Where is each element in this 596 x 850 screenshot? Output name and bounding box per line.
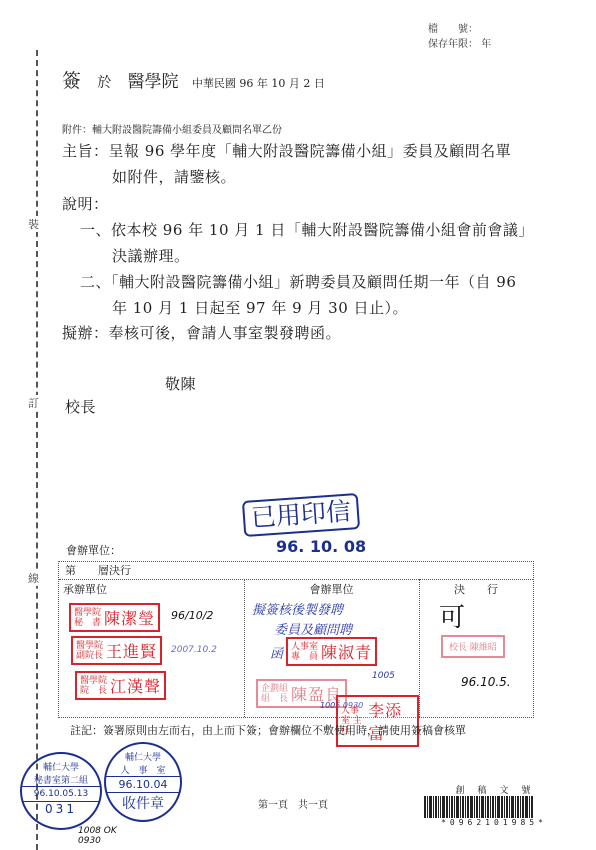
decision-date: 96.10.5. [461, 675, 511, 689]
binding-line [36, 50, 38, 850]
binding-char-xian: 線 [28, 570, 39, 586]
barcode-number: *0962101985* [424, 818, 564, 827]
received-stamp-hr: 輔仁大學 人 事 室 96.10.04 收件章 [104, 742, 182, 822]
seal-role: 醫學院 院 長 [80, 676, 108, 696]
approval-mark: 可 [439, 597, 465, 634]
explanation-item-2: 二、「輔大附設醫院籌備小組」新聘委員及顧問任期一年（自 96 [80, 271, 516, 292]
handwritten-comment-3: 函 [270, 643, 283, 662]
explanation-item-2-cont: 年 10 月 1 日起至 97 年 9 月 30 日止）。 [112, 297, 408, 318]
decision-title: 決 行 [419, 581, 533, 597]
closing-respect: 敬陳 [165, 373, 196, 394]
seal-name: 江漢聲 [110, 674, 161, 697]
doc-prefix: 於 [97, 75, 111, 91]
subject-line1: 主旨：呈報 96 學年度「輔大附設醫院籌備小組」委員及顧問名單 [62, 140, 511, 161]
seal-name: 陳淑青 [321, 640, 372, 663]
decision-level-row: 第 層決行 [59, 562, 533, 580]
explanation-item-1-cont: 決議辦理。 [112, 245, 190, 266]
signing-note: 註記：簽署原則由左而右，由上而下簽；會辦欄位不敷使用時，請使用簽稿會核單 [70, 722, 466, 738]
file-meta: 檔 號： 保存年限： 年 [428, 22, 491, 52]
barcode-icon [424, 796, 564, 818]
handwritten-date: 1005 [372, 671, 395, 681]
stamp-number: 031 [22, 802, 100, 816]
subject-text: 呈報 96 學年度「輔大附設醫院籌備小組」委員及顧問名單 [109, 142, 512, 160]
undertaking-unit-title: 承辦單位 [63, 581, 244, 597]
seal-name: 陳潔瑩 [104, 606, 155, 629]
undertaking-unit-cell: 承辦單位 醫學院 秘 書 陳潔瑩 96/10/2 醫學院 副院長 王進賢 200… [59, 579, 245, 717]
president-seal: 校長 陳維昭 [441, 635, 505, 658]
cosign-unit-cell: 會辦單位 擬簽核後製發聘 委員及顧問聘 函 人事室 專 員 陳淑青 1005 企… [244, 579, 420, 717]
handwritten-bottom-note: 1008 OK 0930 [78, 826, 118, 846]
stamp-dept: 人 事 室 [106, 763, 180, 776]
document-header: 簽 於 醫學院 中華民國 96 年 10 月 2 日 [62, 66, 325, 93]
seal-hr-officer: 人事室 專 員 陳淑青 [286, 637, 377, 666]
seal-role: 企劃組 組 長 [261, 684, 289, 704]
cosign-unit-title: 會辦單位 [244, 581, 419, 597]
received-stamp-secretariat: 輔仁大學 秘書室第二組 96.10.05.13 031 [20, 752, 102, 830]
decision-cell: 決 行 可 校長 陳維昭 96.10.5. [419, 579, 533, 717]
subject-line2: 如附件，請鑒核。 [112, 166, 236, 187]
item-number: 二、 [80, 273, 111, 291]
seal-secretary: 醫學院 秘 書 陳潔瑩 [69, 603, 160, 632]
retention-value: 年 [481, 39, 491, 50]
seal-role: 醫學院 副院長 [76, 641, 104, 661]
cosign-units-label: 會辦單位： [66, 542, 121, 558]
retention-label: 保存年限： [428, 39, 478, 50]
handwritten-date: 2007.10.2 [171, 645, 217, 655]
item-text: 依本校 96 年 10 月 1 日「輔大附設醫院籌備小組會前會議」 [111, 221, 534, 239]
item-number: 一、 [80, 221, 111, 239]
attachment-line: 附件：輔大附設醫院籌備小組委員及顧問名單乙份 [62, 121, 282, 136]
closing-addressee: 校長 [65, 396, 96, 417]
proposal: 擬辦：奉核可後，會請人事室製發聘函。 [62, 322, 341, 343]
seal-role: 人事室 專 員 [291, 642, 319, 662]
seal-name: 王進賢 [106, 639, 157, 662]
item-text: 「輔大附設醫院籌備小組」新聘委員及顧問任期一年（自 96 [111, 273, 516, 291]
stamp-org: 輔仁大學 [106, 750, 180, 763]
stamp-org: 輔仁大學 [22, 760, 100, 773]
seal-hr-director: 人事室 主 任 李添富 [336, 695, 419, 747]
handwritten-date: 96/10/2 [171, 609, 213, 622]
proposal-label: 擬辦： [62, 324, 109, 342]
stamp-date: 96.10.04 [106, 776, 180, 793]
seal-vice-dean: 醫學院 副院長 王進賢 [71, 636, 162, 665]
subject-label: 主旨： [62, 142, 109, 160]
retention-period: 保存年限： 年 [428, 37, 491, 52]
explanation-label: 說明： [62, 193, 109, 214]
handwritten-comment-2: 委員及顧問聘 [274, 619, 352, 638]
decision-level-label: 第 層決行 [65, 564, 131, 577]
page-info: 第一頁 共一頁 [258, 796, 328, 811]
seal-role: 醫學院 秘 書 [74, 608, 102, 628]
draft-number-block: 創 稿 文 號 *0962101985* [424, 783, 564, 827]
issuing-unit: 醫學院 [127, 72, 178, 92]
signing-table: 第 層決行 承辦單位 醫學院 秘 書 陳潔瑩 96/10/2 醫學院 副院長 王… [58, 561, 534, 718]
proposal-text: 奉核可後，會請人事室製發聘函。 [109, 324, 342, 342]
binding-char-zhuang: 裝 [28, 216, 39, 232]
stamp-date: 96.10.05.13 [22, 786, 100, 802]
doc-type: 簽 [62, 70, 81, 92]
seal-used-stamp: 已用印信 [242, 493, 360, 537]
seal-dean: 醫學院 院 長 江漢聲 [75, 671, 166, 700]
binding-char-ding: 訂 [28, 395, 39, 411]
stamp-label: 收件章 [106, 793, 180, 813]
handwritten-comment-1: 擬簽核後製發聘 [252, 599, 343, 618]
file-number-label: 檔 號： [428, 22, 491, 37]
doc-date: 中華民國 96 年 10 月 2 日 [192, 77, 325, 90]
stamp-dept: 秘書室第二組 [22, 773, 100, 786]
seal-used-date: 96. 10. 08 [276, 537, 366, 556]
draft-number-label: 創 稿 文 號 [424, 783, 564, 796]
explanation-item-1: 一、依本校 96 年 10 月 1 日「輔大附設醫院籌備小組會前會議」 [80, 219, 534, 240]
